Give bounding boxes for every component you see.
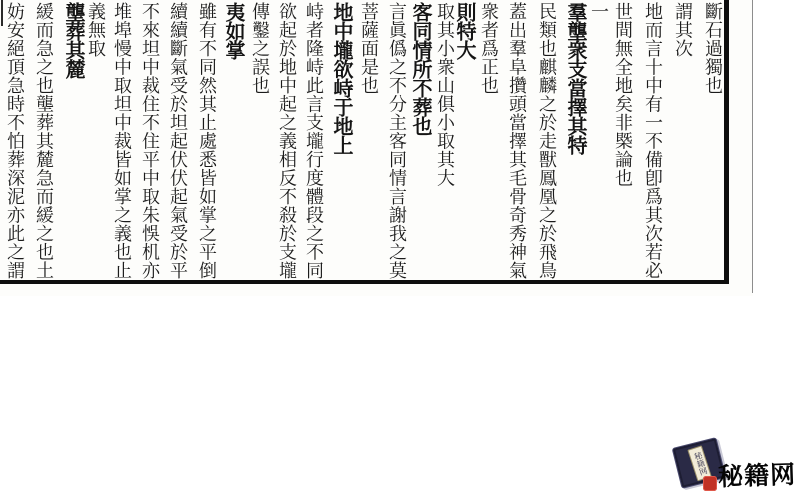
text-columns: 斷石過獨也謂其次地而言十中有一不備卽爲其次若必泥世間無全地矣非槩論也一羣壟衆支當… — [0, 0, 724, 280]
text-column: 蓋出羣阜攢頭當擇其毛骨奇秀神氣俊 — [505, 2, 527, 279]
text-column: 斷石過獨也 — [701, 2, 723, 279]
scanned-page: 斷石過獨也謂其次地而言十中有一不備卽爲其次若必泥世間無全地矣非槩論也一羣壟衆支當… — [0, 0, 753, 296]
page-frame-right-border — [724, 0, 729, 284]
text-column: 夷如掌 — [222, 2, 246, 279]
text-column: 義無取 — [84, 2, 106, 279]
site-name-text: 秘籍网 — [717, 455, 798, 494]
text-column: 取其小衆山俱小取其大 — [433, 2, 455, 279]
text-column: 客同情所不葬也 — [409, 2, 433, 279]
text-column: 緩而急之也壟葬其麓急而緩之也土牛 — [32, 2, 54, 279]
text-column: 一 — [587, 2, 609, 279]
screenshot-stage: 斷石過獨也謂其次地而言十中有一不備卽爲其次若必泥世間無全地矣非槩論也一羣壟衆支當… — [0, 0, 800, 500]
text-column: 菩薩面是也 — [357, 2, 379, 279]
cut-character-fragment — [1, 0, 3, 26]
text-column: 妨安絕頂急時不怕葬深泥亦此之謂也 — [3, 2, 25, 279]
text-column: 壟葬其麓 — [62, 2, 86, 279]
text-column: 欲起於地中起之義相反不殺於支壠之 — [275, 2, 297, 279]
text-column: 言眞僞之不分主客同情言謝我之莫辨 — [385, 2, 407, 279]
text-column: 民類也麒麟之於走獸鳳凰之於飛鳥亦 — [535, 2, 557, 279]
red-seal-icon — [703, 476, 717, 491]
text-column: 堆埠慢中取坦中裁皆如掌之義也止俗 — [110, 2, 132, 279]
text-column: 地而言十中有一不備卽爲其次若必泥 — [641, 2, 663, 279]
text-column: 謂其次 — [671, 2, 693, 279]
text-column: 傳鑿之誤也 — [248, 2, 270, 279]
text-column: 雖有不同然其止處悉皆如掌之平倒杖 — [195, 2, 217, 279]
scan-edge-line — [752, 0, 753, 293]
text-column: 衆者爲正也 — [477, 2, 499, 279]
page-frame-bottom-border — [0, 280, 729, 284]
text-column: 世間無全地矣非槩論也 — [611, 2, 633, 279]
text-column: 則特大 — [453, 2, 477, 279]
text-column: 地中壠欲峙于地上 — [330, 2, 354, 279]
text-column: 羣壟衆支當擇其特 — [564, 2, 588, 279]
text-column: 續續斷氣受於坦起伏伏起氣受於平夷 — [166, 2, 188, 279]
text-column: 峙者隆峙此言支壠行度體段之不同也 — [302, 2, 324, 279]
text-column: 不來坦中裁住不住平中取朱悞机亦曰 — [138, 2, 160, 279]
watermark-logo: 秘籍网 秘籍网 — [668, 436, 800, 500]
